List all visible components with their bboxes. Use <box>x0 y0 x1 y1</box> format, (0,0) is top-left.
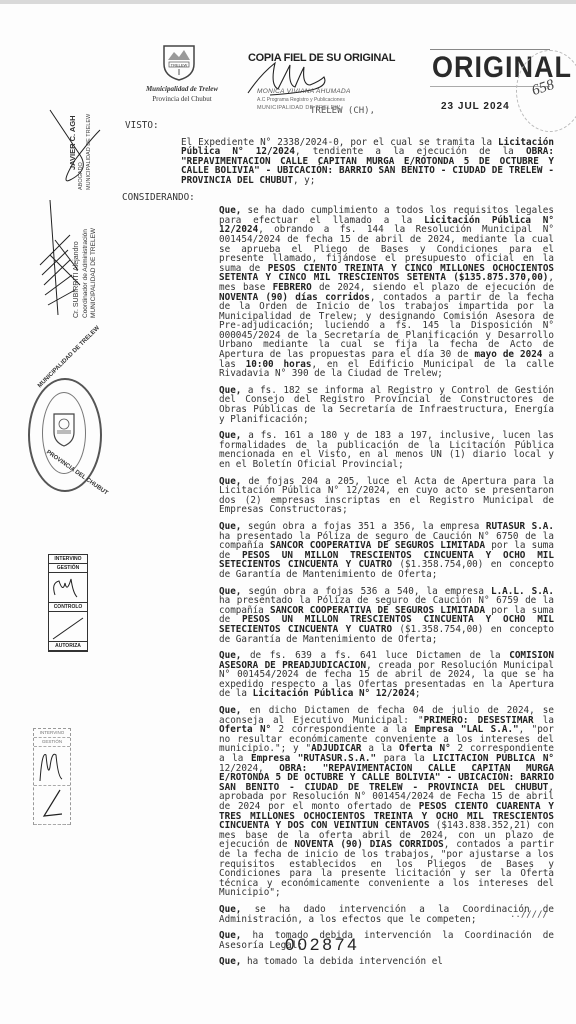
considerando-paragraph: Que, a fs. 161 a 180 y de 183 a 197, inc… <box>131 431 554 469</box>
visto-heading: VISTO: <box>125 121 554 131</box>
control-signature-area <box>49 612 87 642</box>
considerando-paragraph: Que, se ha dado intervención a la Coordi… <box>131 905 554 924</box>
document-page: TRELEW Municipalidad de Trelew Provincia… <box>0 0 576 1024</box>
legal-coordinator-name: JAVIER C. AGH <box>68 115 77 170</box>
considerando-paragraph: Que, a fs. 182 se informa al Registro y … <box>131 386 554 424</box>
control-signature-area <box>34 786 70 825</box>
province-name: Provincia del Chubut <box>132 95 232 103</box>
control-label: INTERVINO <box>34 729 70 738</box>
visto-paragraph: El Expediente N° 2338/2024-0, por el cua… <box>131 138 554 186</box>
initials-signature-icon <box>34 786 70 824</box>
initials-signature-icon <box>34 747 70 785</box>
control-signature-area <box>34 747 70 786</box>
trelew-shield-logo-icon: TRELEW <box>160 42 198 82</box>
certifier-name: MONICA VIVIANA AHUMADA <box>257 88 351 95</box>
considerando-paragraph: Que, en dicho Dictamen de fecha 04 de ju… <box>131 706 554 898</box>
continuation-mark: ..///// <box>510 910 548 920</box>
control-label: GESTIÓN <box>34 738 70 747</box>
page-number: 002874 <box>285 935 360 955</box>
place-of-issue: TRELEW (CH), <box>310 106 375 116</box>
legal-coordinator-org: MUNICIPALIDAD DE TRELEW <box>86 114 92 190</box>
initials-signature-icon <box>49 573 87 602</box>
control-stamp-box: INTERVINO GESTIÓN CONTROLO AUTORIZA <box>48 554 88 652</box>
svg-text:TRELEW: TRELEW <box>171 62 188 67</box>
control-label: CONTROLO <box>49 603 87 612</box>
considerando-heading: CONSIDERANDO: <box>122 193 554 203</box>
considerando-paragraph: Que, de fs. 639 a fs. 641 luce Dictamen … <box>131 651 554 699</box>
considerando-paragraph: Que, de fojas 204 a 205, luce el Acta de… <box>131 477 554 515</box>
secondary-control-stamp-box: INTERVINO GESTIÓN <box>33 728 71 825</box>
document-body: VISTO: El Expediente N° 2338/2024-0, por… <box>131 121 554 974</box>
admin-coordinator-org: MUNICIPALIDAD DE TRELEW <box>90 228 97 318</box>
que-lead: Que, <box>219 956 241 967</box>
admin-coordinator-name: Cr. SUBIRRITI Alejandro <box>73 241 80 318</box>
considerando-paragraphs: Que, se ha dado cumplimiento a todos los… <box>131 206 554 967</box>
control-label: INTERVINO <box>49 555 87 564</box>
legal-coordinator-title: ABOGADO <box>78 162 84 190</box>
admin-coordinator-role: Coordinador de Administración <box>82 229 89 318</box>
admin-coordinator-signature-icon <box>30 195 90 325</box>
control-label: GESTIÓN <box>49 564 87 573</box>
control-label: AUTORIZA <box>49 642 87 651</box>
control-signature-area <box>49 573 87 603</box>
considerando-paragraph: Que, según obra a fojas 351 a 356, la em… <box>131 522 554 580</box>
date-stamp: 23 JUL 2024 <box>441 101 510 112</box>
considerando-paragraph: Que, según obra a fojas 536 a 540, la em… <box>131 587 554 645</box>
check-mark-icon <box>49 612 87 641</box>
scan-edge <box>0 0 576 4</box>
considerando-paragraph: Que, ha tomado la debida intervención el <box>131 957 554 967</box>
municipality-name: Municipalidad de Trelew <box>132 85 232 93</box>
seal-shield-icon <box>52 412 76 448</box>
considerando-paragraph: Que, se ha dado cumplimiento a todos los… <box>131 206 554 379</box>
certifier-role: A.C Programa Registro y Publicaciones <box>257 97 345 103</box>
